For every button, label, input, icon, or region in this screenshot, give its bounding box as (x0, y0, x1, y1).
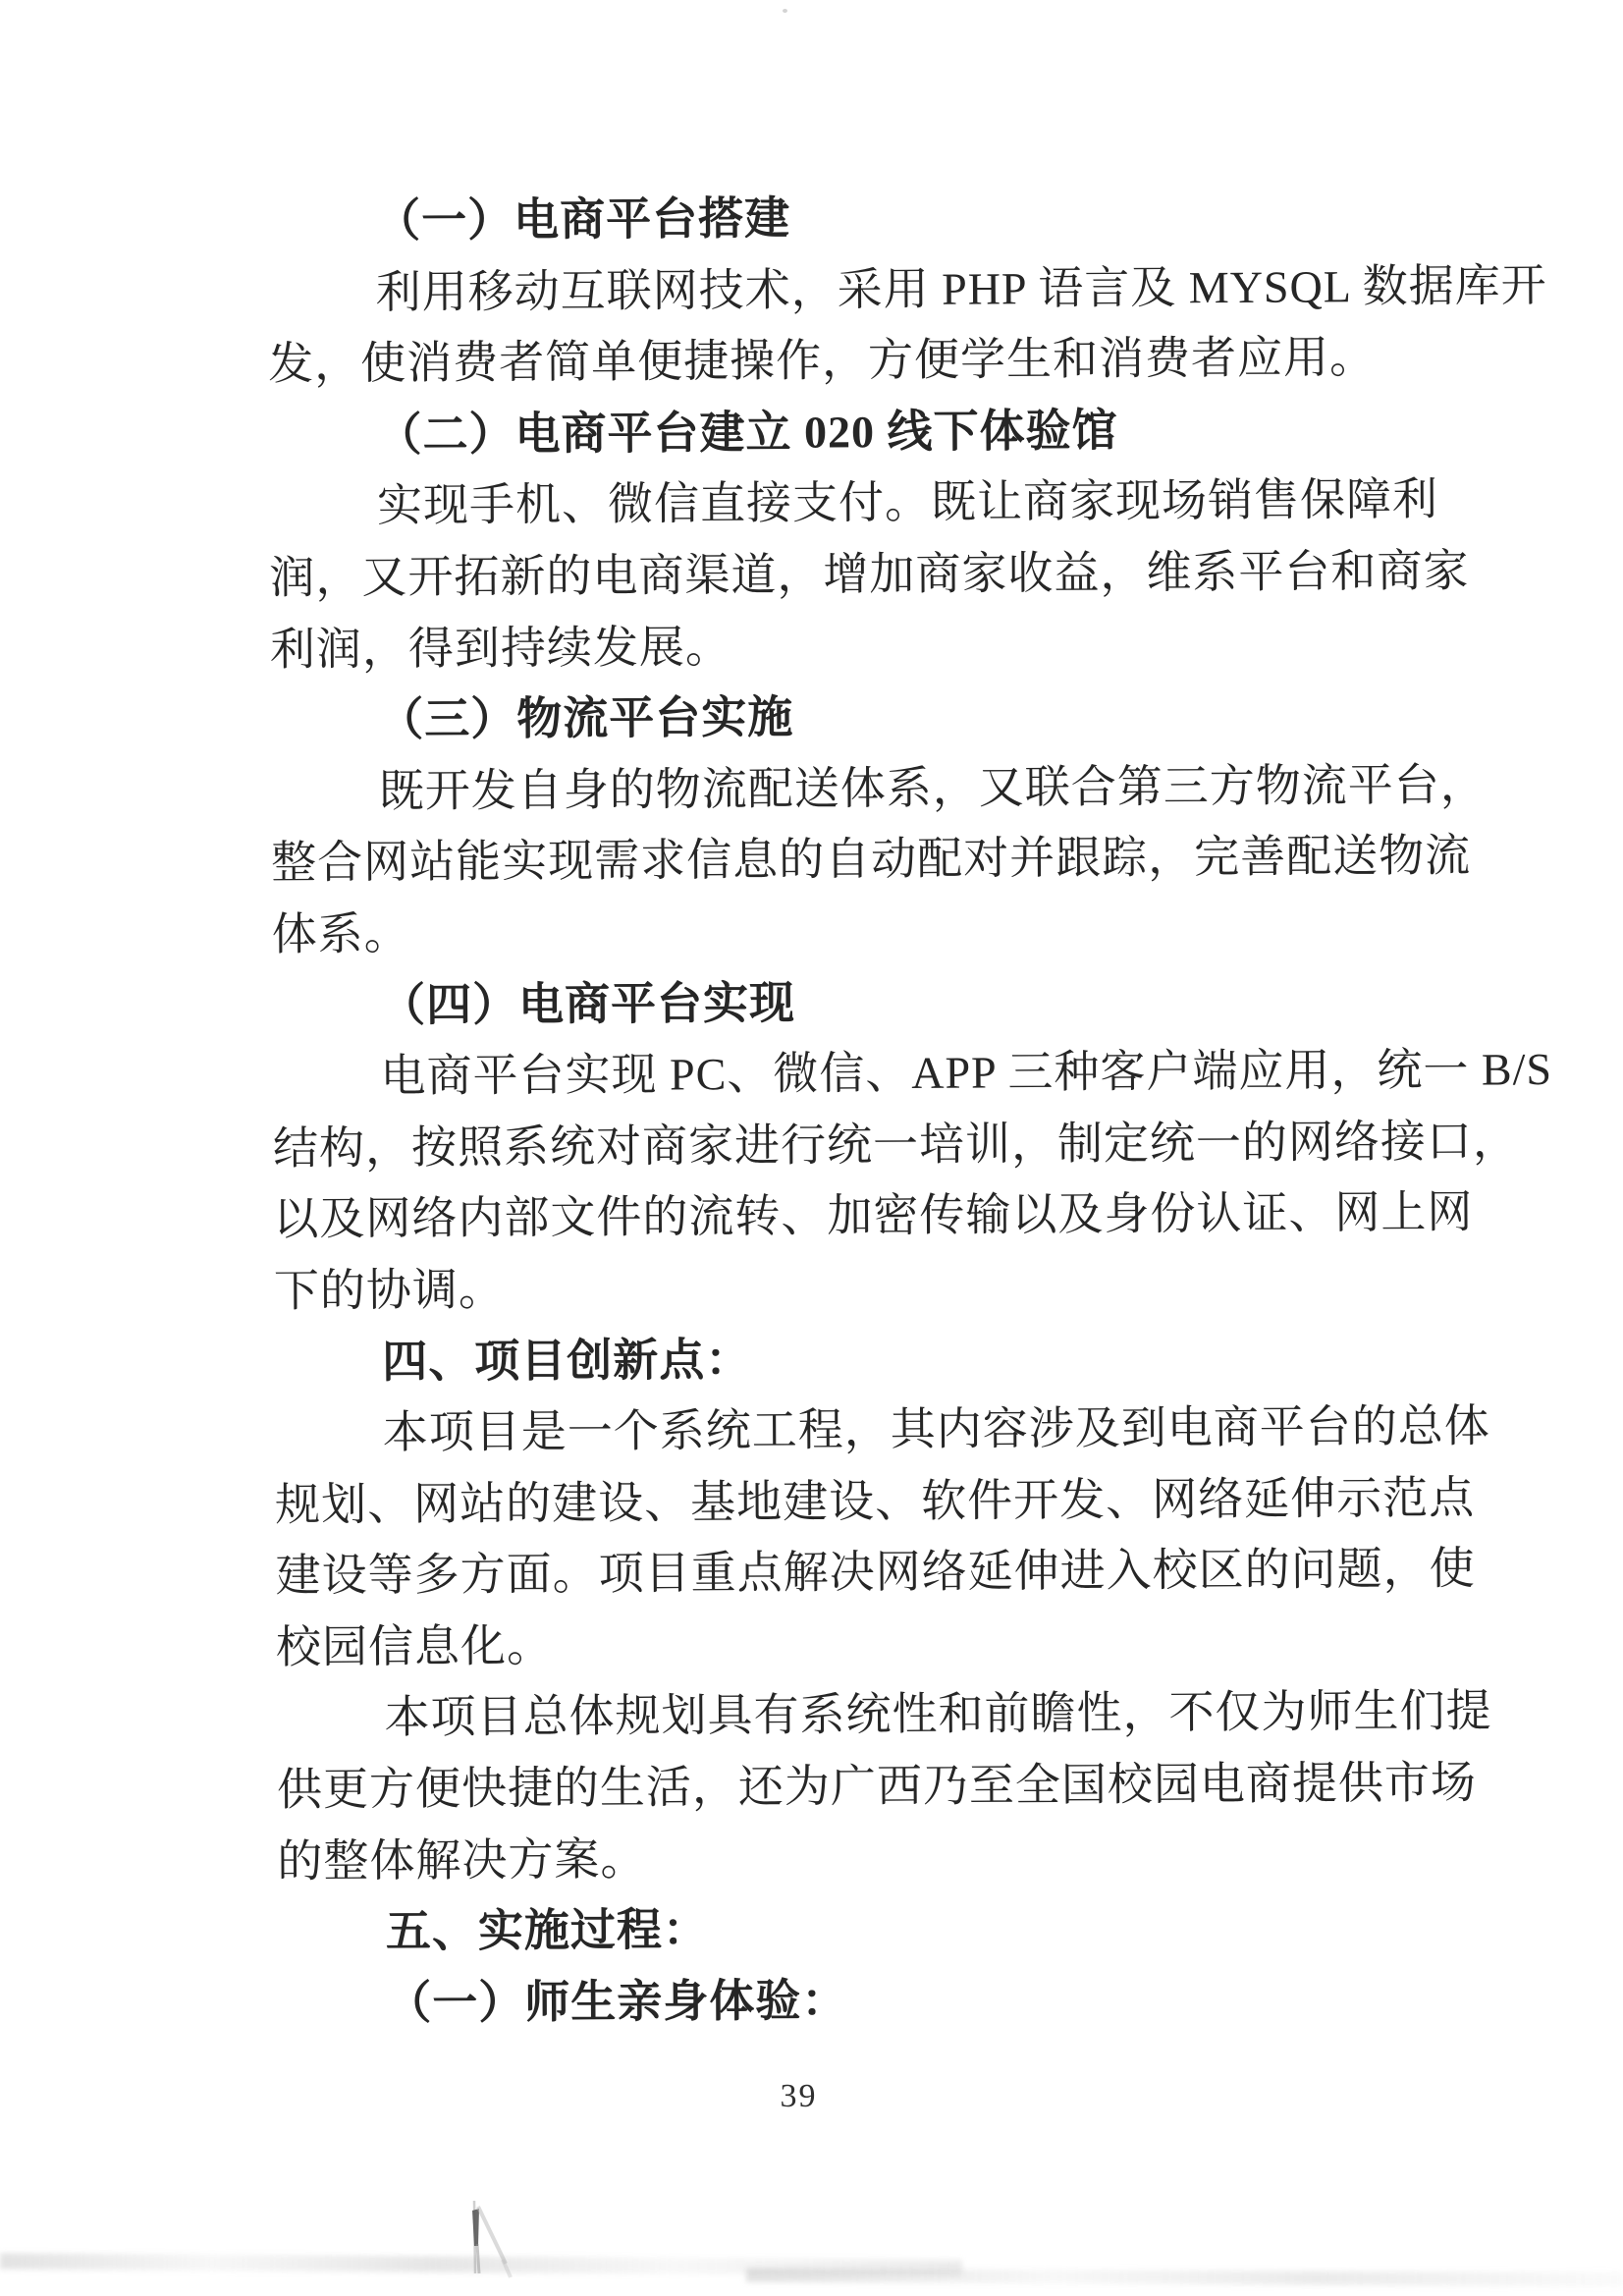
paragraph-line: 本项目总体规划具有系统性和前瞻性，不仅为师生们提 (276, 1676, 1513, 1755)
paragraph-line: 利用移动互联网技术，采用 PHP 语言及 MYSQL 数据库开 (267, 250, 1504, 329)
bottom-scan-streak (746, 2269, 1623, 2287)
page-number: 39 (0, 2078, 1610, 2115)
paragraph-line: 的整体解决方案。 (277, 1819, 1514, 1897)
paragraph-line: 润，又开拓新的电商渠道，增加商家收益，维系平台和商家 (269, 535, 1506, 614)
paragraph-line: 本项目是一个系统工程，其内容涉及到电商平台的总体 (275, 1391, 1512, 1469)
paragraph-line: 结构，按照系统对商家进行统一培训，制定统一的网络接口， (273, 1106, 1510, 1184)
paragraph-line: 供更方便快捷的生活，还为广西乃至全国校园电商提供市场 (277, 1747, 1514, 1826)
section-heading-experience: （一）师生亲身体验： (278, 1961, 1515, 2040)
paragraph-line: 利润，得到持续发展。 (270, 607, 1507, 685)
section-heading-process: 五、实施过程： (278, 1890, 1515, 1969)
section-heading-innovation: 四、项目创新点： (274, 1320, 1511, 1398)
pen-stroke-artifact (452, 2195, 520, 2288)
paragraph-line: 电商平台实现 PC、微信、APP 三种客户端应用，统一 B/S (272, 1034, 1509, 1113)
section-heading-2: （二）电商平台建立 020 线下体验馆 (268, 393, 1505, 471)
paragraph-line: 校园信息化。 (276, 1605, 1513, 1683)
section-heading-3: （三）物流平台实施 (270, 678, 1507, 756)
paragraph-line: 规划、网站的建设、基地建设、软件开发、网络延伸示范点 (275, 1462, 1512, 1541)
section-heading-4: （四）电商平台实现 (272, 963, 1509, 1042)
section-heading-1: （一）电商平台搭建 (267, 179, 1504, 257)
top-edge-speck (783, 9, 787, 13)
paragraph-line: 既开发自身的物流配送体系，又联合第三方物流平台， (271, 749, 1508, 828)
document-text-block: （一）电商平台搭建 利用移动互联网技术，采用 PHP 语言及 MYSQL 数据库… (267, 179, 1516, 2040)
paragraph-line: 以及网络内部文件的流转、加密传输以及身份认证、网上网 (273, 1177, 1510, 1256)
paragraph-line: 实现手机、微信直接支付。既让商家现场销售保障利 (269, 465, 1506, 543)
paragraph-line: 建设等多方面。项目重点解决网络延伸进入校区的问题，使 (275, 1534, 1512, 1613)
paragraph-line: 发，使消费者简单便捷操作，方便学生和消费者应用。 (268, 321, 1505, 400)
scanned-document-page: （一）电商平台搭建 利用移动互联网技术，采用 PHP 语言及 MYSQL 数据库… (0, 0, 1623, 2296)
paragraph-line: 体系。 (271, 892, 1508, 970)
paragraph-line: 整合网站能实现需求信息的自动配对并跟踪，完善配送物流 (271, 821, 1508, 900)
paragraph-line: 下的协调。 (274, 1248, 1511, 1327)
